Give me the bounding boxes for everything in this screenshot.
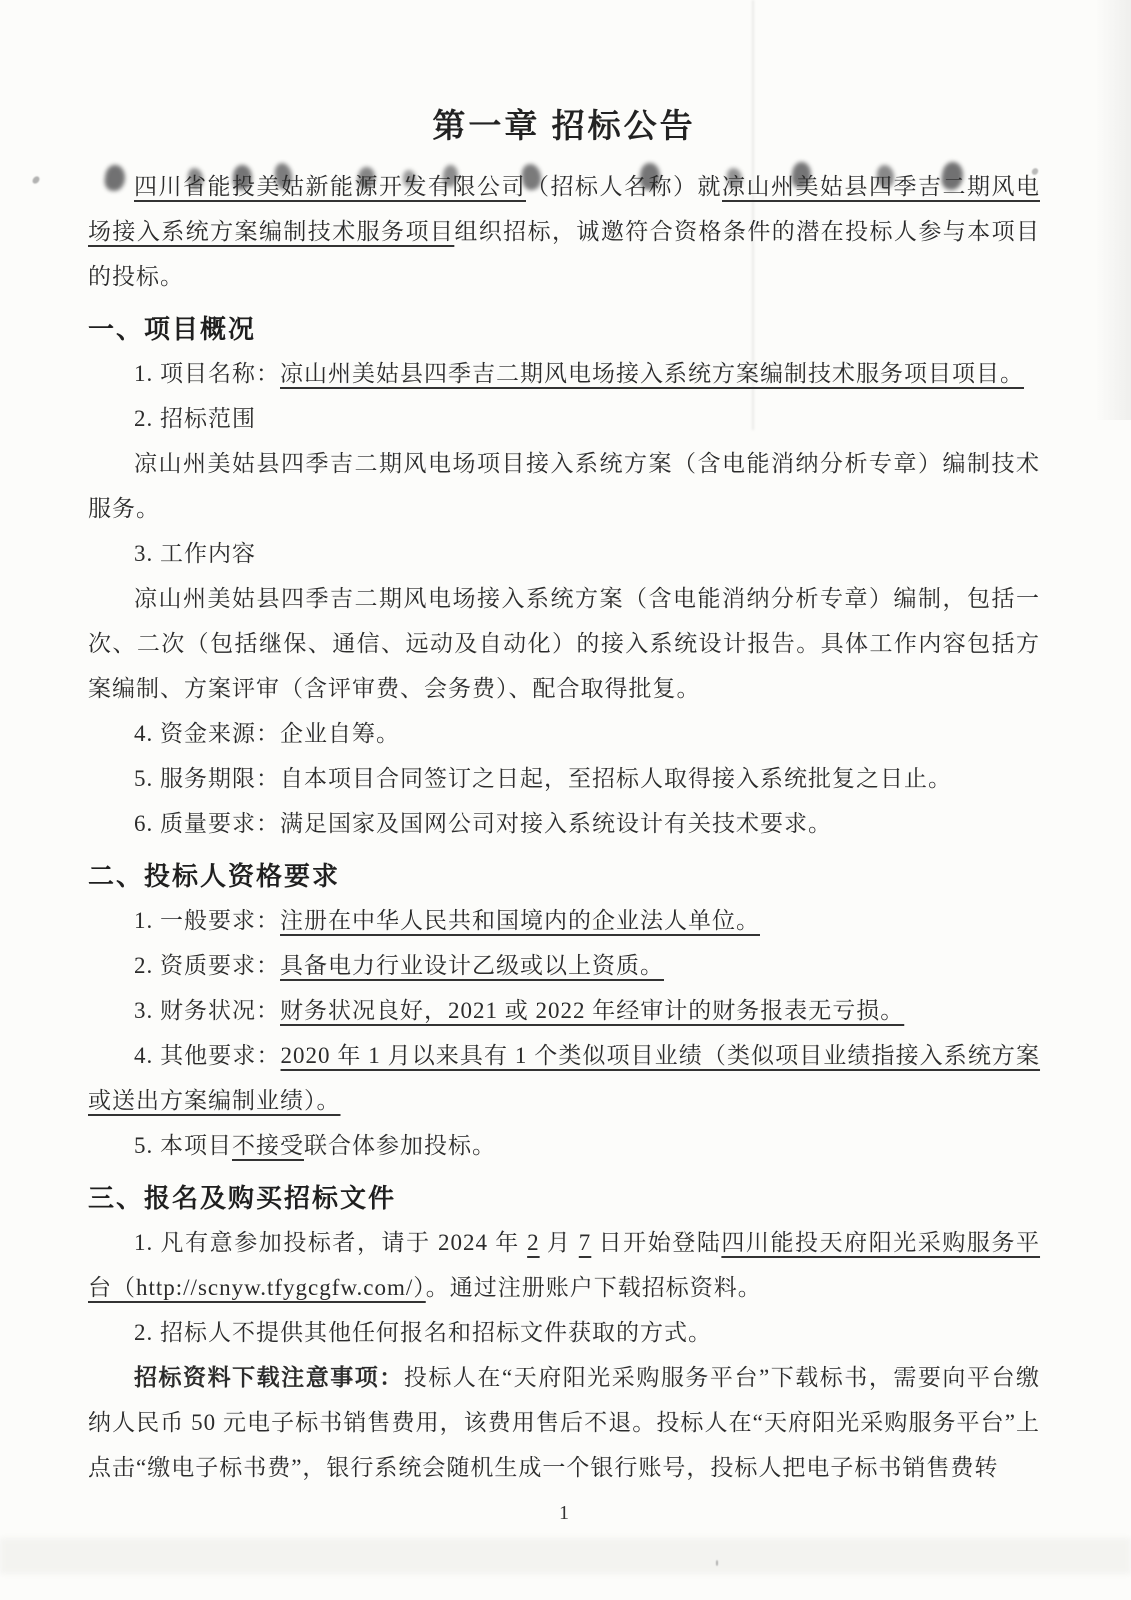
text-run: 月: [540, 1230, 579, 1255]
paragraph: 5. 本项目不接受联合体参加投标。: [88, 1123, 1040, 1168]
page-number: 1: [88, 1500, 1040, 1526]
paragraph: 3. 财务状况：财务状况良好，2021 或 2022 年经审计的财务报表无亏损。: [88, 988, 1040, 1033]
paragraph: 招标资料下载注意事项：投标人在“天府阳光采购服务平台”下载标书，需要向平台缴纳人…: [88, 1355, 1040, 1490]
text-run: 2. 招标人不提供其他任何报名和招标文件获取的方式。: [134, 1320, 712, 1345]
paragraph: 凉山州美姑县四季吉二期风电场项目接入系统方案（含电能消纳分析专章）编制技术服务。: [88, 441, 1040, 531]
text-run: 二、投标人资格要求: [88, 861, 340, 891]
underlined-text: 凉山州美姑县四季吉二期风电场接入系统方案编制技术服务项目项目。: [280, 361, 1024, 386]
text-run: 1. 凡有意参加投标者，请于 2024 年: [134, 1230, 527, 1255]
text-run: 三、报名及购买招标文件: [88, 1183, 396, 1213]
text-run: 2. 资质要求：: [134, 953, 280, 978]
underlined-text: 四川省能投美姑新能源开发有限公司: [134, 174, 526, 199]
paragraph: 4. 其他要求：2020 年 1 月以来具有 1 个类似项目业绩（类似项目业绩指…: [88, 1033, 1040, 1123]
section-heading: 二、投标人资格要求: [88, 854, 1040, 898]
text-run: 5. 服务期限：自本项目合同签订之日起，至招标人取得接入系统批复之日止。: [134, 766, 952, 791]
text-run: 凉山州美姑县四季吉二期风电场项目接入系统方案（含电能消纳分析专章）编制技术服务。: [88, 451, 1040, 521]
underlined-text: 7: [579, 1230, 592, 1255]
scan-bottom-shading: [0, 1538, 1131, 1574]
paragraph: 6. 质量要求：满足国家及国网公司对接入系统设计有关技术要求。: [88, 801, 1040, 846]
underlined-text: 不接受: [232, 1133, 304, 1158]
underlined-text: 财务状况良好，2021 或 2022 年经审计的财务报表无亏损。: [280, 998, 904, 1023]
paper-speck: [716, 1560, 718, 1566]
text-run: 4. 资金来源：企业自筹。: [134, 721, 400, 746]
text-run: 日开始登陆: [591, 1230, 721, 1255]
bold-text: 招标资料下载注意事项：: [134, 1365, 404, 1390]
text-run: 6. 质量要求：满足国家及国网公司对接入系统设计有关技术要求。: [134, 811, 832, 836]
paragraph: 5. 服务期限：自本项目合同签订之日起，至招标人取得接入系统批复之日止。: [88, 756, 1040, 801]
section-heading: 三、报名及购买招标文件: [88, 1176, 1040, 1220]
text-run: 联合体参加投标。: [304, 1133, 496, 1158]
paragraph: 四川省能投美姑新能源开发有限公司（招标人名称）就凉山州美姑县四季吉二期风电场接入…: [88, 164, 1040, 299]
paragraph: 3. 工作内容: [88, 531, 1040, 576]
underlined-text: 具备电力行业设计乙级或以上资质。: [280, 953, 664, 978]
text-run: 4. 其他要求：: [134, 1043, 281, 1068]
text-run: 凉山州美姑县四季吉二期风电场接入系统方案（含电能消纳分析专章）编制，包括一次、二…: [88, 586, 1040, 701]
paragraph: 4. 资金来源：企业自筹。: [88, 711, 1040, 756]
paragraph: 2. 招标人不提供其他任何报名和招标文件获取的方式。: [88, 1310, 1040, 1355]
scanned-document-page: 第一章 招标公告 四川省能投美姑新能源开发有限公司（招标人名称）就凉山州美姑县四…: [0, 0, 1131, 1600]
document-content: 第一章 招标公告 四川省能投美姑新能源开发有限公司（招标人名称）就凉山州美姑县四…: [88, 0, 1040, 1526]
paragraph: 1. 项目名称：凉山州美姑县四季吉二期风电场接入系统方案编制技术服务项目项目。: [88, 351, 1040, 396]
text-run: 。通过注册账户下载招标资料。: [426, 1275, 762, 1300]
text-run: 3. 财务状况：: [134, 998, 280, 1023]
text-run: 1. 项目名称：: [134, 361, 280, 386]
underlined-text: 2: [527, 1230, 540, 1255]
document-body: 四川省能投美姑新能源开发有限公司（招标人名称）就凉山州美姑县四季吉二期风电场接入…: [88, 164, 1040, 1490]
text-run: 1. 一般要求：: [134, 908, 280, 933]
underlined-text: 注册在中华人民共和国境内的企业法人单位。: [280, 908, 760, 933]
text-run: 一、项目概况: [88, 314, 256, 344]
paragraph: 2. 招标范围: [88, 396, 1040, 441]
paragraph: 2. 资质要求：具备电力行业设计乙级或以上资质。: [88, 943, 1040, 988]
paragraph: 1. 凡有意参加投标者，请于 2024 年 2 月 7 日开始登陆四川能投天府阳…: [88, 1220, 1040, 1310]
section-heading: 一、项目概况: [88, 307, 1040, 351]
paragraph: 凉山州美姑县四季吉二期风电场接入系统方案（含电能消纳分析专章）编制，包括一次、二…: [88, 576, 1040, 711]
text-run: 5. 本项目: [134, 1133, 232, 1158]
paper-speck: [31, 175, 41, 185]
text-run: （招标人名称）就: [526, 174, 722, 199]
scan-edge-shading: [1095, 0, 1131, 420]
document-title: 第一章 招标公告: [88, 104, 1040, 150]
text-run: 3. 工作内容: [134, 541, 256, 566]
paragraph: 1. 一般要求：注册在中华人民共和国境内的企业法人单位。: [88, 898, 1040, 943]
text-run: 2. 招标范围: [134, 406, 256, 431]
